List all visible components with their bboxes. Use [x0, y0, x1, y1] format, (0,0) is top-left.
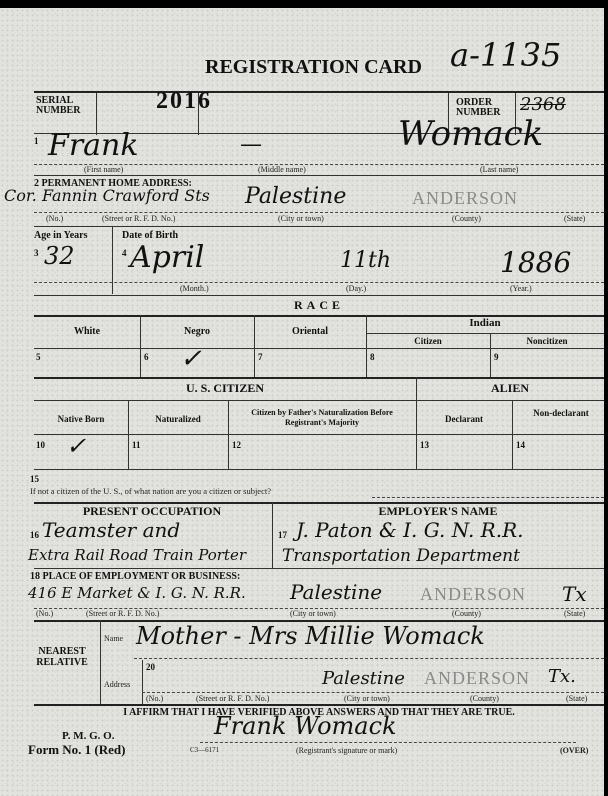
- caption: (No.): [146, 694, 163, 703]
- employer-line-2: Transportation Department: [282, 546, 520, 566]
- field-number: 7: [258, 352, 263, 362]
- field-number: 9: [494, 352, 499, 362]
- occupation-heading: PRESENT OCCUPATION: [34, 504, 270, 519]
- caption: (No.): [36, 609, 53, 618]
- field-number: 20: [146, 662, 155, 672]
- race-indian-citizen-label: Citizen: [366, 336, 490, 346]
- field-number: 12: [232, 440, 241, 450]
- over-label: (OVER): [560, 746, 588, 755]
- caption: (Street or R. F. D. No.): [86, 609, 159, 618]
- race-oriental-label: Oriental: [254, 326, 366, 337]
- serial-number: 2016: [156, 88, 212, 115]
- field-number: 5: [36, 352, 41, 362]
- alien-heading: ALIEN: [416, 381, 604, 396]
- caption: (Day.): [346, 284, 366, 293]
- age-value: 32: [44, 242, 75, 270]
- caption: (Last name): [480, 165, 518, 174]
- field-number: 13: [420, 440, 429, 450]
- occupation-line-2: Extra Rail Road Train Porter: [28, 546, 246, 564]
- file-number: a-1135: [450, 36, 561, 74]
- caption: (Street or R. F. D. No.): [196, 694, 269, 703]
- non-declarant-label: Non-declarant: [526, 408, 596, 419]
- us-citizen-heading: U. S. CITIZEN: [34, 381, 416, 396]
- employment-county-stamp: ANDERSON: [420, 584, 526, 605]
- birth-day: 11th: [340, 248, 391, 273]
- middle-name: —: [240, 132, 262, 157]
- field-number: 6: [144, 352, 149, 362]
- form-number: Form No. 1 (Red): [28, 742, 125, 758]
- caption: (First name): [84, 165, 123, 174]
- relative-state: Tx.: [548, 666, 576, 687]
- birth-month: April: [130, 240, 204, 275]
- race-negro-check: ✓: [180, 344, 202, 374]
- field-number: 15: [30, 474, 39, 484]
- nearest-relative-label: NEAREST RELATIVE: [26, 646, 98, 668]
- caption: (County): [470, 694, 499, 703]
- race-heading: RACE: [34, 298, 604, 313]
- father-naturalization-label: Citizen by Father's Naturalization Befor…: [238, 408, 406, 428]
- field-number: 10: [36, 440, 45, 450]
- last-name: Womack: [398, 114, 543, 154]
- employment-street: 416 E Market & I. G. N. R.R.: [28, 584, 246, 602]
- registration-card: REGISTRATION CARD a-1135 SERIAL NUMBER 2…: [0, 8, 604, 796]
- home-county-stamp: ANDERSON: [412, 188, 518, 209]
- place-of-employment-label: 18 PLACE OF EMPLOYMENT OR BUSINESS:: [30, 571, 240, 582]
- home-street: Cor. Fannin Crawford Sts: [4, 186, 210, 205]
- nation-question: If not a citizen of the U. S., of what n…: [30, 486, 271, 496]
- indian-label: Indian: [366, 317, 604, 329]
- field-number: 8: [370, 352, 375, 362]
- naturalized-label: Naturalized: [128, 414, 228, 424]
- caption: (County): [452, 214, 481, 223]
- card-title: REGISTRATION CARD: [205, 56, 422, 79]
- relative-name: Mother - Mrs Millie Womack: [136, 622, 485, 650]
- home-city: Palestine: [245, 184, 346, 209]
- caption: (State): [564, 214, 585, 223]
- field-number: 4: [122, 248, 127, 258]
- caption: (State): [566, 694, 587, 703]
- caption: (City or town): [344, 694, 390, 703]
- caption: (State): [564, 609, 585, 618]
- declarant-label: Declarant: [416, 414, 512, 424]
- field-number: 17: [278, 530, 287, 540]
- serial-label: SERIAL NUMBER: [36, 96, 92, 116]
- field-number: 11: [132, 440, 141, 450]
- employer-line-1: J. Paton & I. G. N. R.R.: [296, 518, 524, 542]
- caption: (City or town): [290, 609, 336, 618]
- print-code: C3—6171: [190, 746, 219, 754]
- caption: (City or town): [278, 214, 324, 223]
- caption: (No.): [46, 214, 63, 223]
- race-negro-label: Negro: [140, 326, 254, 337]
- relative-city: Palestine: [322, 668, 405, 689]
- field-number: 14: [516, 440, 525, 450]
- first-name: Frank: [48, 128, 139, 163]
- employment-city: Palestine: [290, 580, 382, 604]
- native-born-label: Native Born: [34, 414, 128, 424]
- native-born-check: ✓: [66, 432, 86, 460]
- occupation-line-1: Teamster and: [42, 518, 180, 542]
- employment-state: Tx: [562, 582, 587, 606]
- signature-caption: (Registrant's signature or mark): [296, 746, 397, 755]
- order-number: 2368: [520, 94, 566, 115]
- caption: (Year.): [510, 284, 532, 293]
- registrant-signature: Frank Womack: [214, 712, 397, 740]
- relative-address-label: Address: [104, 680, 130, 689]
- field-number: 16: [30, 530, 39, 540]
- age-label: Age in Years: [34, 230, 88, 241]
- caption: (Middle name): [258, 165, 306, 174]
- caption: (County): [452, 609, 481, 618]
- relative-county-stamp: ANDERSON: [424, 668, 530, 689]
- race-white-label: White: [34, 326, 140, 337]
- employer-heading: EMPLOYER'S NAME: [272, 504, 604, 519]
- race-indian-noncitizen-label: Noncitizen: [490, 336, 604, 346]
- birth-year: 1886: [500, 246, 571, 279]
- caption: (Month.): [180, 284, 209, 293]
- field-number: 3: [34, 248, 39, 258]
- relative-name-label: Name: [104, 634, 123, 643]
- field-number: 1: [34, 136, 39, 146]
- caption: (Street or R. F. D. No.): [102, 214, 175, 223]
- form-office: P. M. G. O.: [62, 730, 114, 742]
